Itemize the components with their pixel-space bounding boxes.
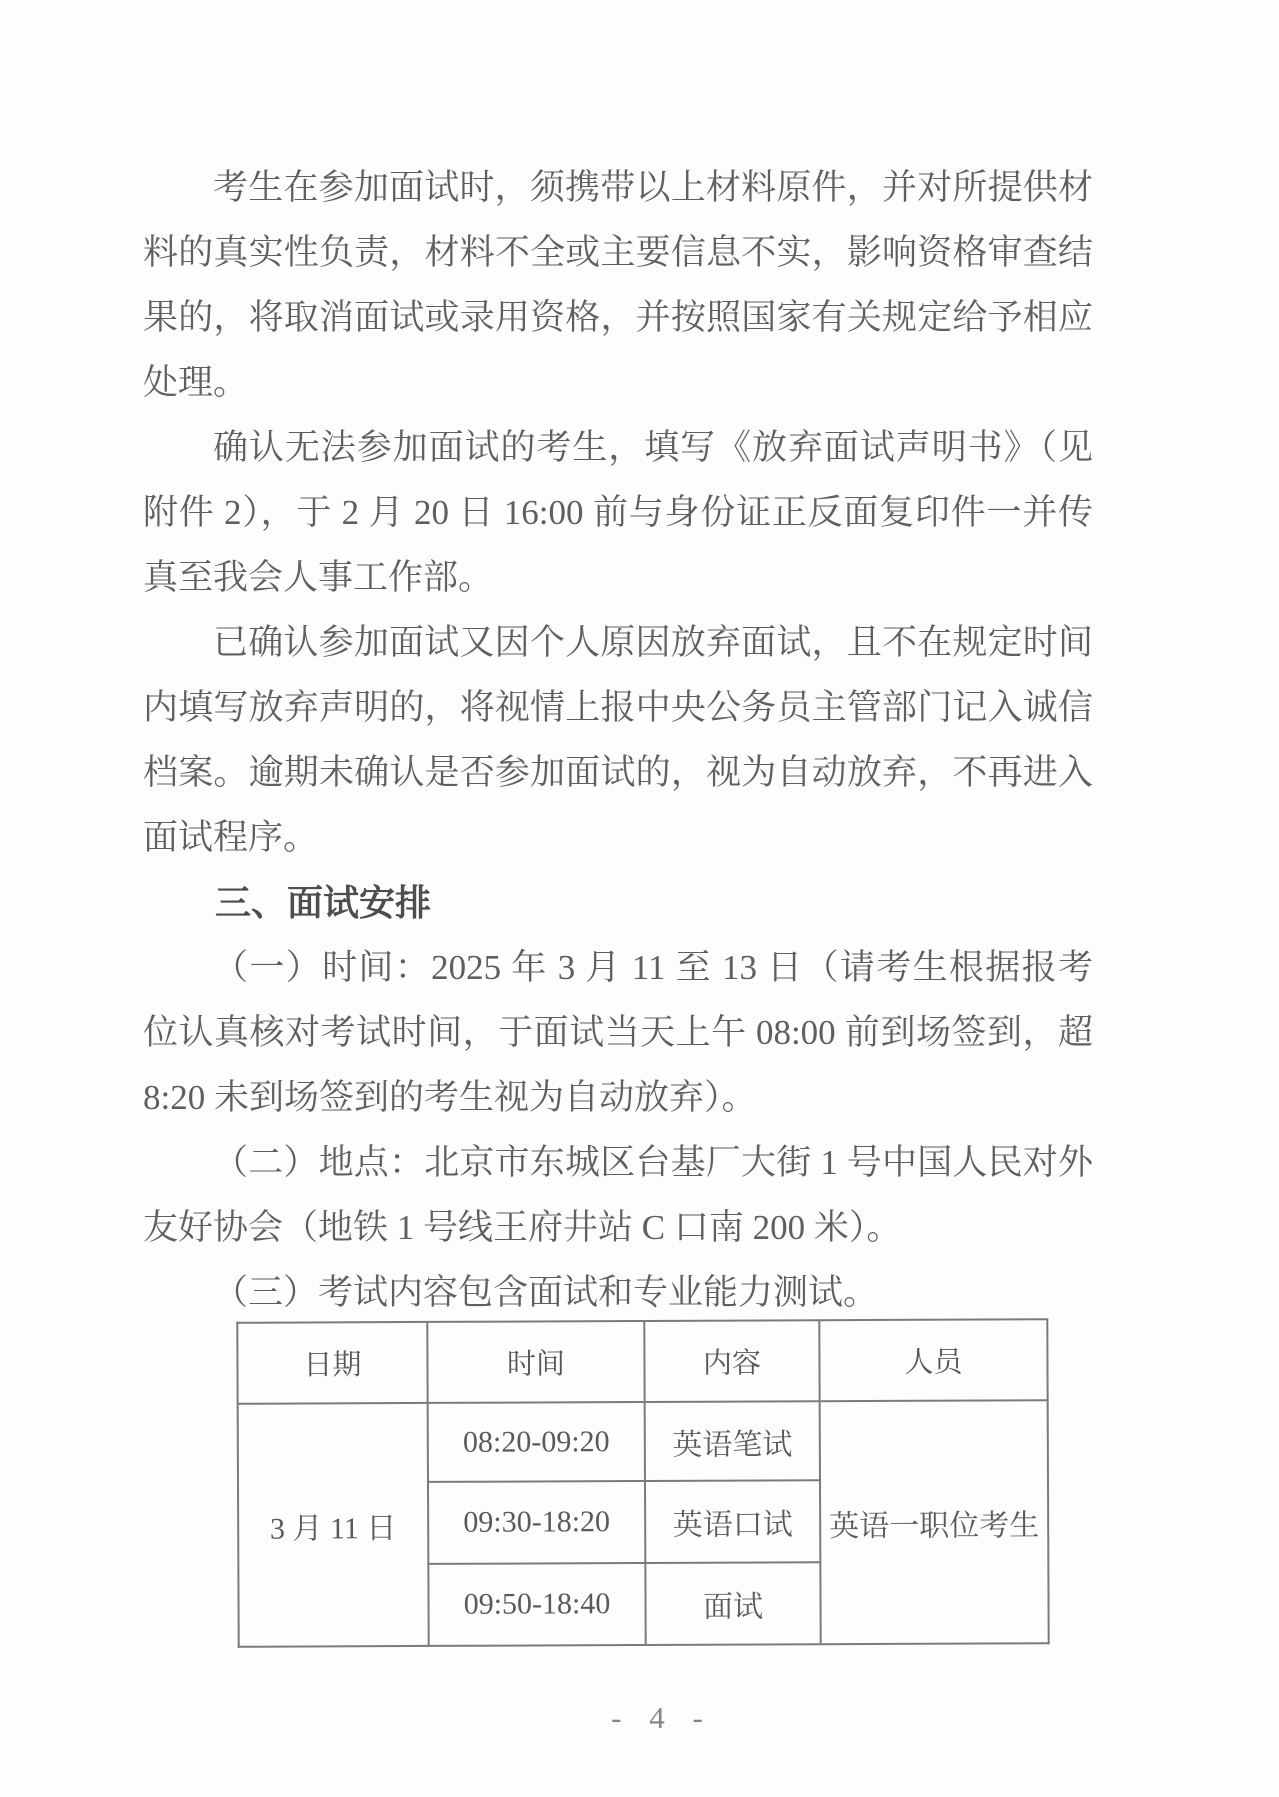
header-personnel: 人员 bbox=[819, 1319, 1047, 1401]
text-line: 处理。 bbox=[143, 350, 1093, 415]
schedule-table: 日期 时间 内容 人员 3 月 11 日 08:20-09:20 英语笔试 英语… bbox=[236, 1318, 1049, 1648]
text-line: 档案。逾期未确认是否参加面试的，视为自动放弃，不再进入 bbox=[143, 740, 1093, 805]
text-line: 面试程序。 bbox=[143, 805, 1093, 870]
schedule-table-wrap: 日期 时间 内容 人员 3 月 11 日 08:20-09:20 英语笔试 英语… bbox=[236, 1318, 1049, 1648]
document-body: 考生在参加面试时，须携带以上材料原件，并对所提供材料的真实性负责，材料不全或主要… bbox=[143, 155, 1093, 1325]
table-header-row: 日期 时间 内容 人员 bbox=[237, 1319, 1047, 1404]
header-content: 内容 bbox=[644, 1320, 819, 1402]
text-line: （一）时间：2025 年 3 月 11 至 13 日（请考生根据报考职 bbox=[143, 935, 1093, 1000]
page-number: - 4 - bbox=[0, 1698, 1279, 1738]
content-cell: 英语口试 bbox=[645, 1480, 820, 1563]
text-line: （二）地点：北京市东城区台基厂大街 1 号中国人民对外 bbox=[143, 1130, 1093, 1195]
header-time: 时间 bbox=[427, 1321, 644, 1403]
header-date: 日期 bbox=[237, 1322, 427, 1404]
text-line: 果的，将取消面试或录用资格，并按照国家有关规定给予相应 bbox=[143, 285, 1093, 350]
text-line: 已确认参加面试又因个人原因放弃面试，且不在规定时间 bbox=[143, 610, 1093, 675]
content-cell: 英语笔试 bbox=[645, 1401, 820, 1481]
text-line: 确认无法参加面试的考生，填写《放弃面试声明书》（见 bbox=[143, 415, 1093, 480]
time-cell: 09:30-18:20 bbox=[428, 1481, 645, 1564]
text-line: 位认真核对考试时间，于面试当天上午 08:00 前到场签到，超过 bbox=[143, 1000, 1093, 1065]
text-line: 附件 2），于 2 月 20 日 16:00 前与身份证正反面复印件一并传 bbox=[143, 480, 1093, 545]
text-line: 内填写放弃声明的，将视情上报中央公务员主管部门记入诚信 bbox=[143, 675, 1093, 740]
document-page: 考生在参加面试时，须携带以上材料原件，并对所提供材料的真实性负责，材料不全或主要… bbox=[0, 0, 1279, 1797]
text-line: 8:20 未到场签到的考生视为自动放弃）。 bbox=[143, 1065, 1093, 1130]
content-cell: 面试 bbox=[645, 1562, 820, 1645]
table-row: 3 月 11 日 08:20-09:20 英语笔试 英语一职位考生 bbox=[238, 1400, 1048, 1483]
text-line: （三）考试内容包含面试和专业能力测试。 bbox=[143, 1260, 1093, 1325]
personnel-cell: 英语一职位考生 bbox=[820, 1400, 1049, 1644]
time-cell: 09:50-18:40 bbox=[428, 1563, 645, 1646]
text-line: 真至我会人事工作部。 bbox=[143, 545, 1093, 610]
text-line: 料的真实性负责，材料不全或主要信息不实，影响资格审查结 bbox=[143, 220, 1093, 285]
text-line: 考生在参加面试时，须携带以上材料原件，并对所提供材 bbox=[143, 155, 1093, 220]
text-line: 友好协会（地铁 1 号线王府井站 C 口南 200 米）。 bbox=[143, 1195, 1093, 1260]
section-heading: 三、面试安排 bbox=[143, 870, 1093, 935]
date-cell: 3 月 11 日 bbox=[238, 1403, 429, 1647]
time-cell: 08:20-09:20 bbox=[428, 1402, 645, 1482]
